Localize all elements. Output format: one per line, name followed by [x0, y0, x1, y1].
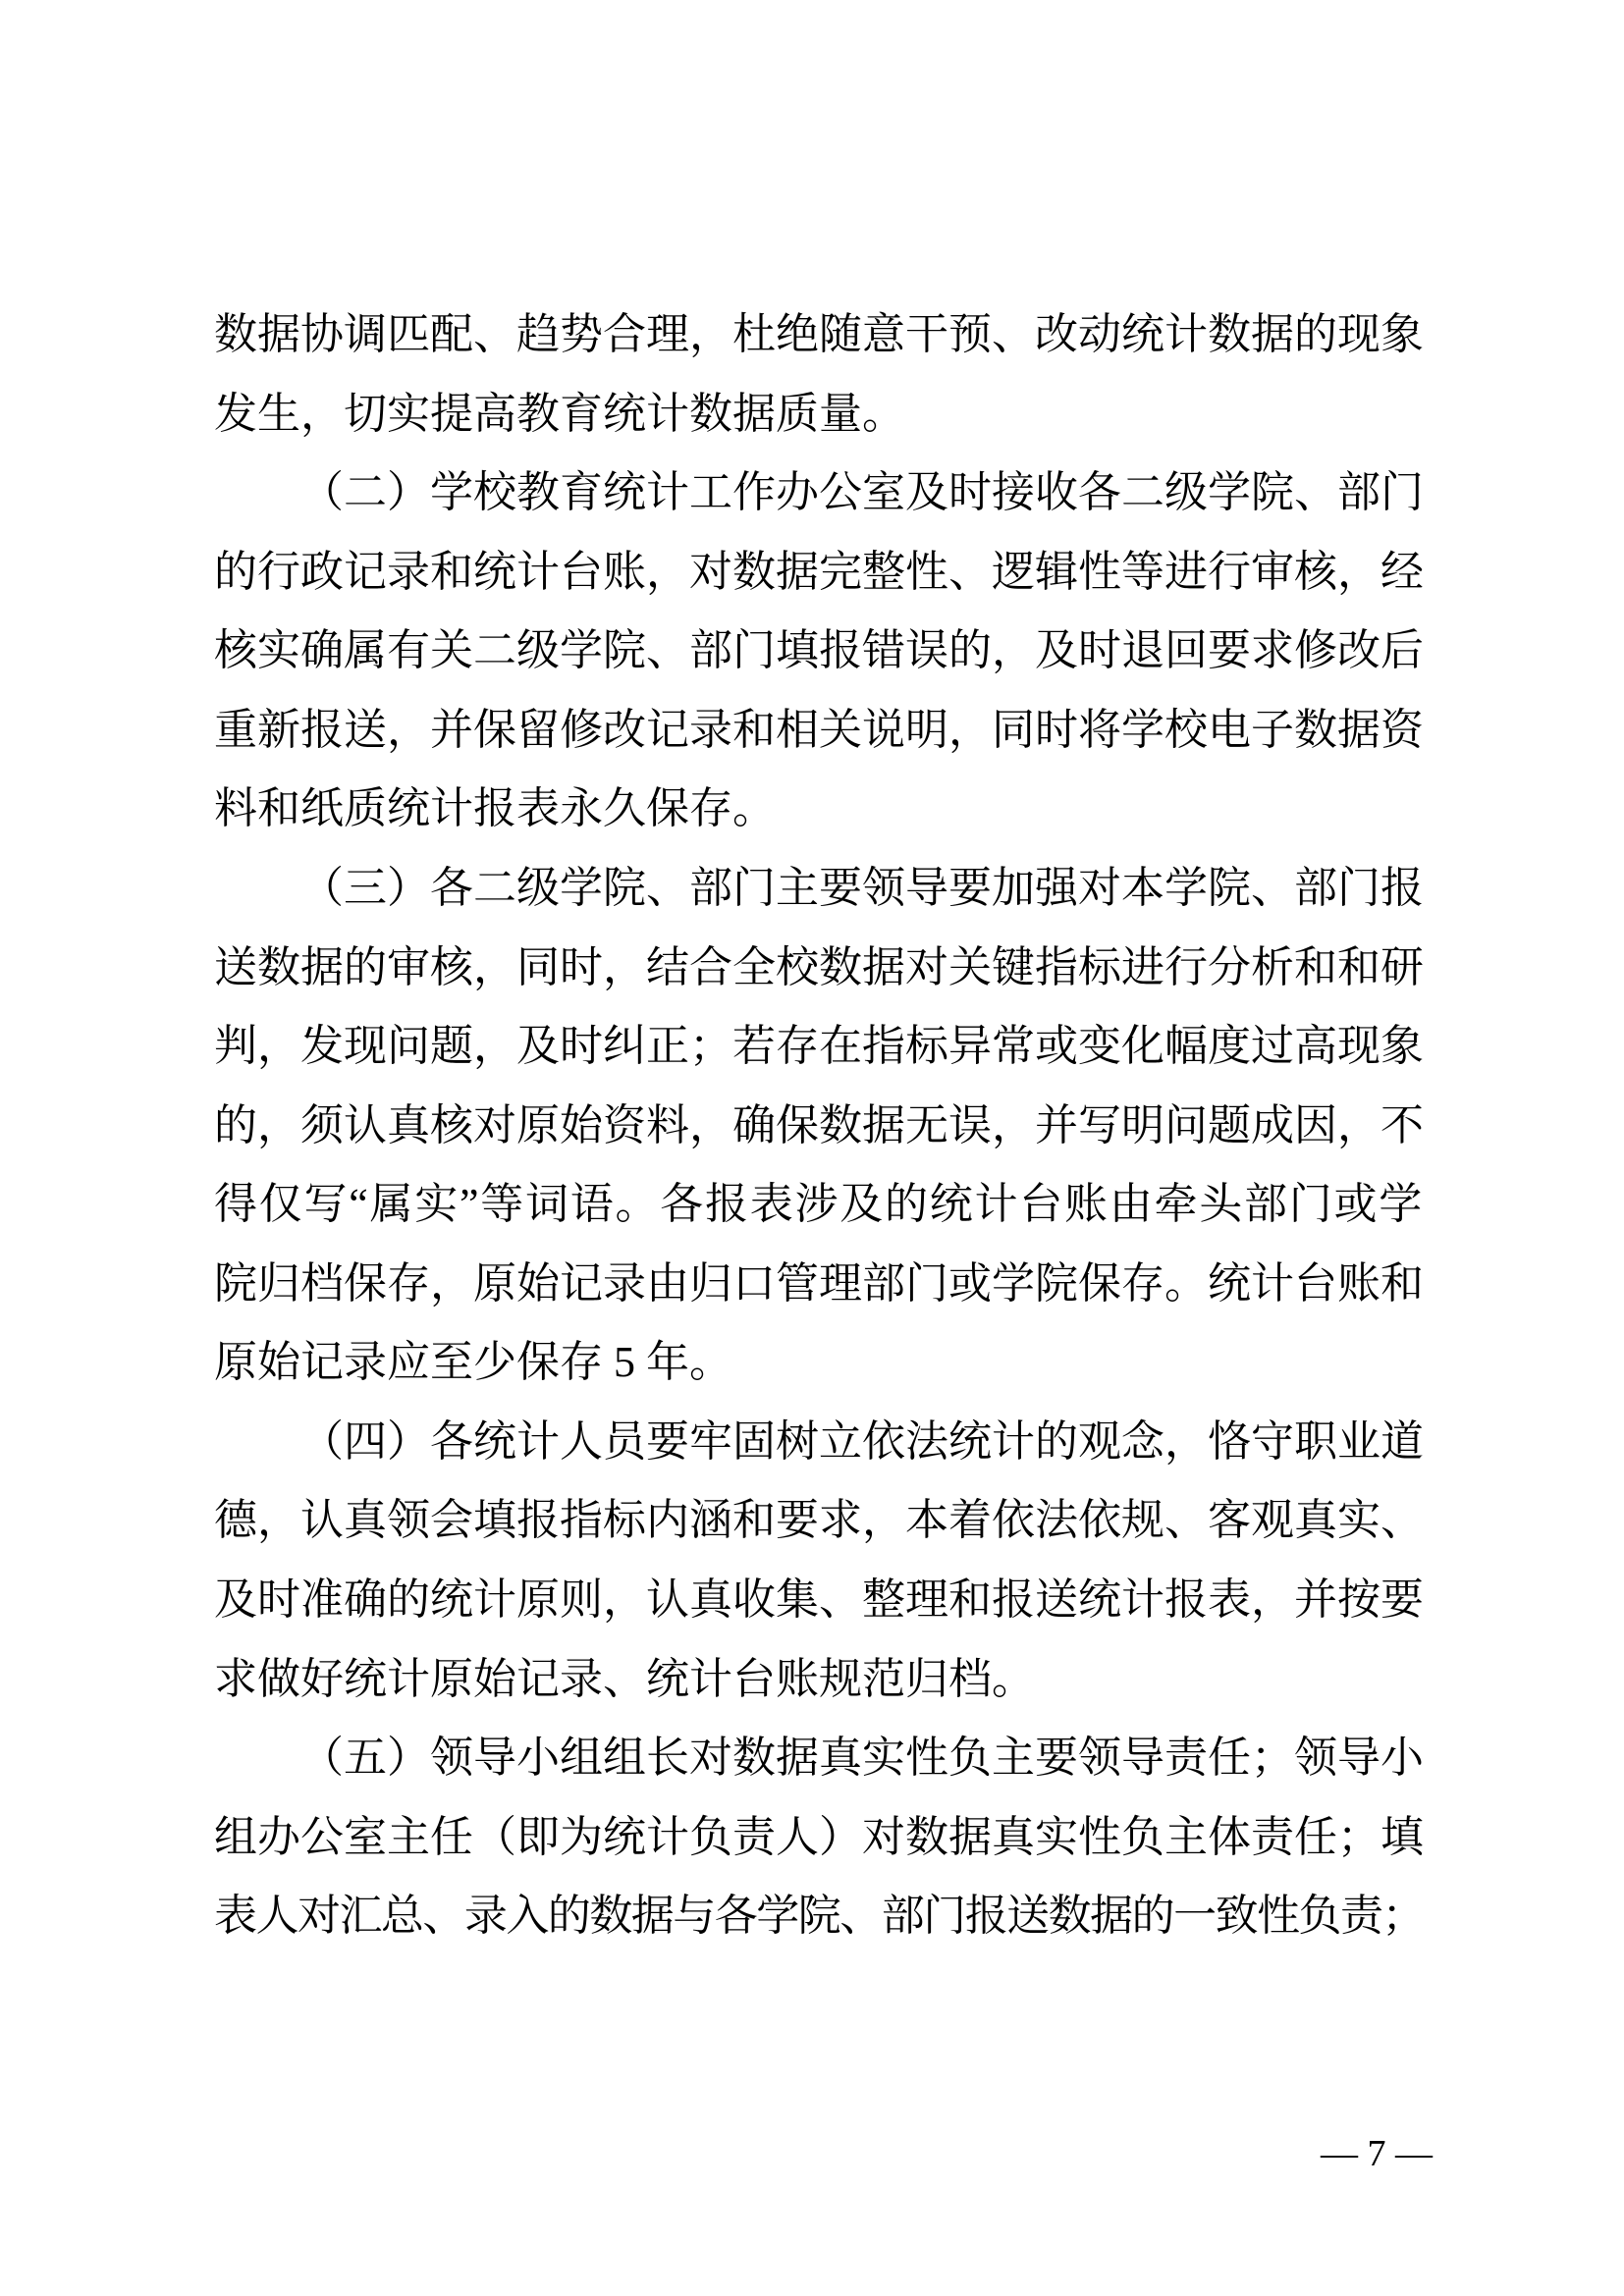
text-line: 组办公室主任（即为统计负责人）对数据真实性负主体责任；填: [214, 1798, 1424, 1878]
text-line: 发生，切实提高教育统计数据质量。: [214, 375, 1424, 454]
text-line: （四）各统计人员要牢固树立依法统计的观念，恪守职业道: [214, 1403, 1424, 1482]
page-number: — 7 —: [1229, 2132, 1524, 2175]
text-line: 院归档保存，原始记录由归口管理部门或学院保存。统计台账和: [214, 1245, 1424, 1324]
text-line: 原始记录应至少保存 5 年。: [214, 1323, 1424, 1403]
text-line: （三）各二级学院、部门主要领导要加强对本学院、部门报: [214, 849, 1424, 929]
text-line: 数据协调匹配、趋势合理，杜绝随意干预、改动统计数据的现象: [214, 295, 1424, 375]
text-line: 的，须认真核对原始资料，确保数据无误，并写明问题成因，不: [214, 1087, 1424, 1166]
text-line: 的行政记录和统计台账，对数据完整性、逻辑性等进行审核，经: [214, 533, 1424, 613]
text-line: 表人对汇总、录入的数据与各学院、部门报送数据的一致性负责；: [214, 1877, 1424, 1956]
text-line: 德，认真领会填报指标内涵和要求，本着依法依规、客观真实、: [214, 1481, 1424, 1561]
text-line: 求做好统计原始记录、统计台账规范归档。: [214, 1640, 1424, 1720]
text-line: 重新报送，并保留修改记录和相关说明，同时将学校电子数据资: [214, 691, 1424, 771]
document-page: 数据协调匹配、趋势合理，杜绝随意干预、改动统计数据的现象发生，切实提高教育统计数…: [0, 0, 1624, 2296]
text-line: 得仅写“属实”等词语。各报表涉及的统计台账由牵头部门或学: [214, 1165, 1424, 1245]
text-line: 送数据的审核，同时，结合全校数据对关键指标进行分析和和研: [214, 929, 1424, 1008]
text-line: （二）学校教育统计工作办公室及时接收各二级学院、部门: [214, 454, 1424, 533]
text-line: （五）领导小组组长对数据真实性负主要领导责任；领导小: [214, 1719, 1424, 1798]
text-line: 料和纸质统计报表永久保存。: [214, 770, 1424, 849]
document-body: 数据协调匹配、趋势合理，杜绝随意干预、改动统计数据的现象发生，切实提高教育统计数…: [214, 295, 1424, 1956]
text-line: 判，发现问题，及时纠正；若存在指标异常或变化幅度过高现象: [214, 1007, 1424, 1087]
text-line: 核实确属有关二级学院、部门填报错误的，及时退回要求修改后: [214, 612, 1424, 691]
text-line: 及时准确的统计原则，认真收集、整理和报送统计报表，并按要: [214, 1561, 1424, 1640]
